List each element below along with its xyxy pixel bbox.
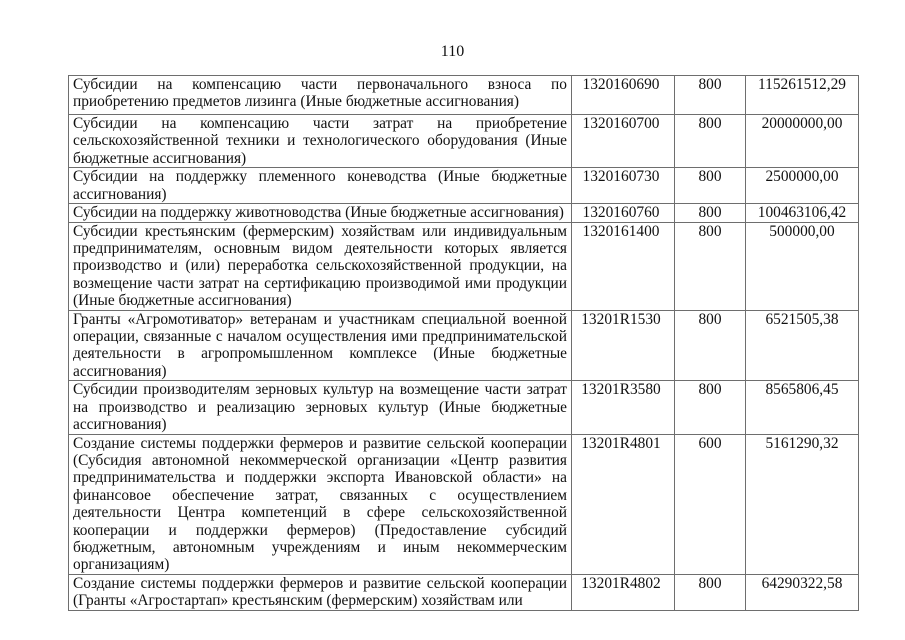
row-amount: 5161290,32 (746, 434, 859, 574)
row-description: Создание системы поддержки фермеров и ра… (69, 574, 572, 610)
row-amount: 6521505,38 (746, 310, 859, 381)
row-expense-type: 800 (675, 222, 746, 310)
table-row: Создание системы поддержки фермеров и ра… (69, 574, 859, 610)
row-code: 13201R4801 (572, 434, 675, 574)
row-code: 1320160700 (572, 115, 675, 168)
row-code: 1320160730 (572, 168, 675, 204)
row-expense-type: 800 (675, 574, 746, 610)
row-code: 1320160690 (572, 76, 675, 115)
table-row: Гранты «Агромотиватор» ветеранам и участ… (69, 310, 859, 381)
row-description: Субсидии производителям зерновых культур… (69, 381, 572, 434)
row-amount: 2500000,00 (746, 168, 859, 204)
row-expense-type: 800 (675, 115, 746, 168)
row-expense-type: 800 (675, 381, 746, 434)
table-row: Субсидии на компенсацию части первоначал… (69, 76, 859, 115)
row-expense-type: 600 (675, 434, 746, 574)
table-row: Субсидии производителям зерновых культур… (69, 381, 859, 434)
row-description: Субсидии на поддержку животноводства (Ин… (69, 204, 572, 222)
table-row: Субсидии на компенсацию части затрат на … (69, 115, 859, 168)
row-code: 1320161400 (572, 222, 675, 310)
row-expense-type: 800 (675, 168, 746, 204)
row-description: Создание системы поддержки фермеров и ра… (69, 434, 572, 574)
table-row: Создание системы поддержки фермеров и ра… (69, 434, 859, 574)
row-code: 1320160760 (572, 204, 675, 222)
row-amount: 500000,00 (746, 222, 859, 310)
row-description: Субсидии на компенсацию части затрат на … (69, 115, 572, 168)
row-code: 13201R3580 (572, 381, 675, 434)
page-number: 110 (0, 43, 905, 61)
row-amount: 64290322,58 (746, 574, 859, 610)
row-description: Субсидии на компенсацию части первоначал… (69, 76, 572, 115)
budget-table: Субсидии на компенсацию части первоначал… (68, 75, 859, 611)
table-row: Субсидии на поддержку племенного коневод… (69, 168, 859, 204)
table-row: Субсидии крестьянским (фермерским) хозяй… (69, 222, 859, 310)
row-description: Субсидии крестьянским (фермерским) хозяй… (69, 222, 572, 310)
row-description: Субсидии на поддержку племенного коневод… (69, 168, 572, 204)
row-amount: 8565806,45 (746, 381, 859, 434)
row-description: Гранты «Агромотиватор» ветеранам и участ… (69, 310, 572, 381)
row-expense-type: 800 (675, 76, 746, 115)
table-row: Субсидии на поддержку животноводства (Ин… (69, 204, 859, 222)
row-code: 13201R4802 (572, 574, 675, 610)
row-expense-type: 800 (675, 310, 746, 381)
row-amount: 115261512,29 (746, 76, 859, 115)
row-amount: 100463106,42 (746, 204, 859, 222)
row-code: 13201R1530 (572, 310, 675, 381)
row-amount: 20000000,00 (746, 115, 859, 168)
row-expense-type: 800 (675, 204, 746, 222)
